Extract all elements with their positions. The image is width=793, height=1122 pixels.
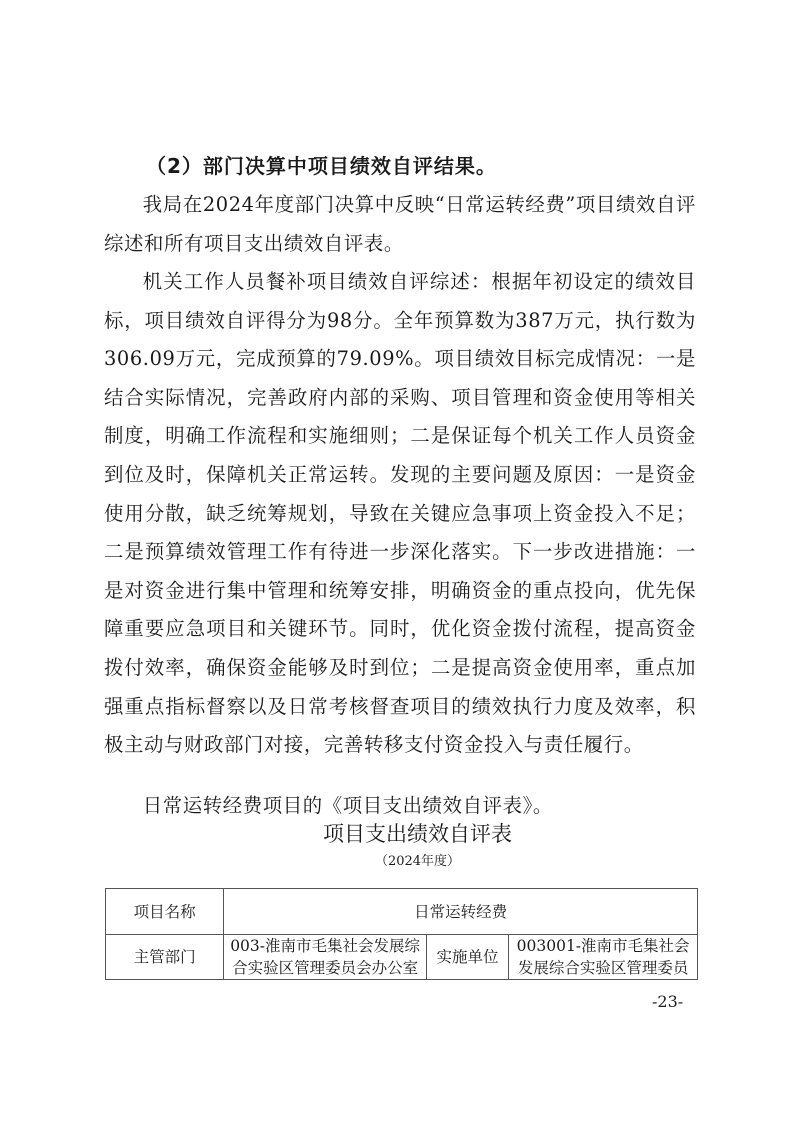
department-label: 主管部门 <box>106 935 224 980</box>
section-heading: （2）部门决算中项目绩效自评结果。 <box>146 150 497 179</box>
implementing-unit-label: 实施单位 <box>426 935 508 980</box>
implementing-unit-value: 003001-淮南市毛集社会发展综合实验区管理委员 <box>509 935 698 980</box>
table-row: 项目名称 日常运转经费 <box>106 889 698 935</box>
table-subtitle: （2024年度） <box>0 850 793 869</box>
table-title: 项目支出绩效自评表 <box>0 818 793 848</box>
document-page: （2）部门决算中项目绩效自评结果。 我局在2024年度部门决算中反映“日常运转经… <box>0 0 793 1122</box>
evaluation-table: 项目名称 日常运转经费 主管部门 003-淮南市毛集社会发展综合实验区管理委员会… <box>105 888 698 980</box>
project-name-label: 项目名称 <box>106 889 224 935</box>
intro-paragraph: 我局在2024年度部门决算中反映“日常运转经费”项目绩效自评综述和所有项目支出绩… <box>104 186 696 263</box>
page-number: -23- <box>652 992 683 1011</box>
table-row: 主管部门 003-淮南市毛集社会发展综合实验区管理委员会办公室 实施单位 003… <box>106 935 698 980</box>
department-value: 003-淮南市毛集社会发展综合实验区管理委员会办公室 <box>224 935 427 980</box>
project-name-value: 日常运转经费 <box>224 889 698 935</box>
self-evaluation-summary-paragraph: 机关工作人员餐补项目绩效自评综述：根据年初设定的绩效目标，项目绩效自评得分为98… <box>104 263 696 765</box>
